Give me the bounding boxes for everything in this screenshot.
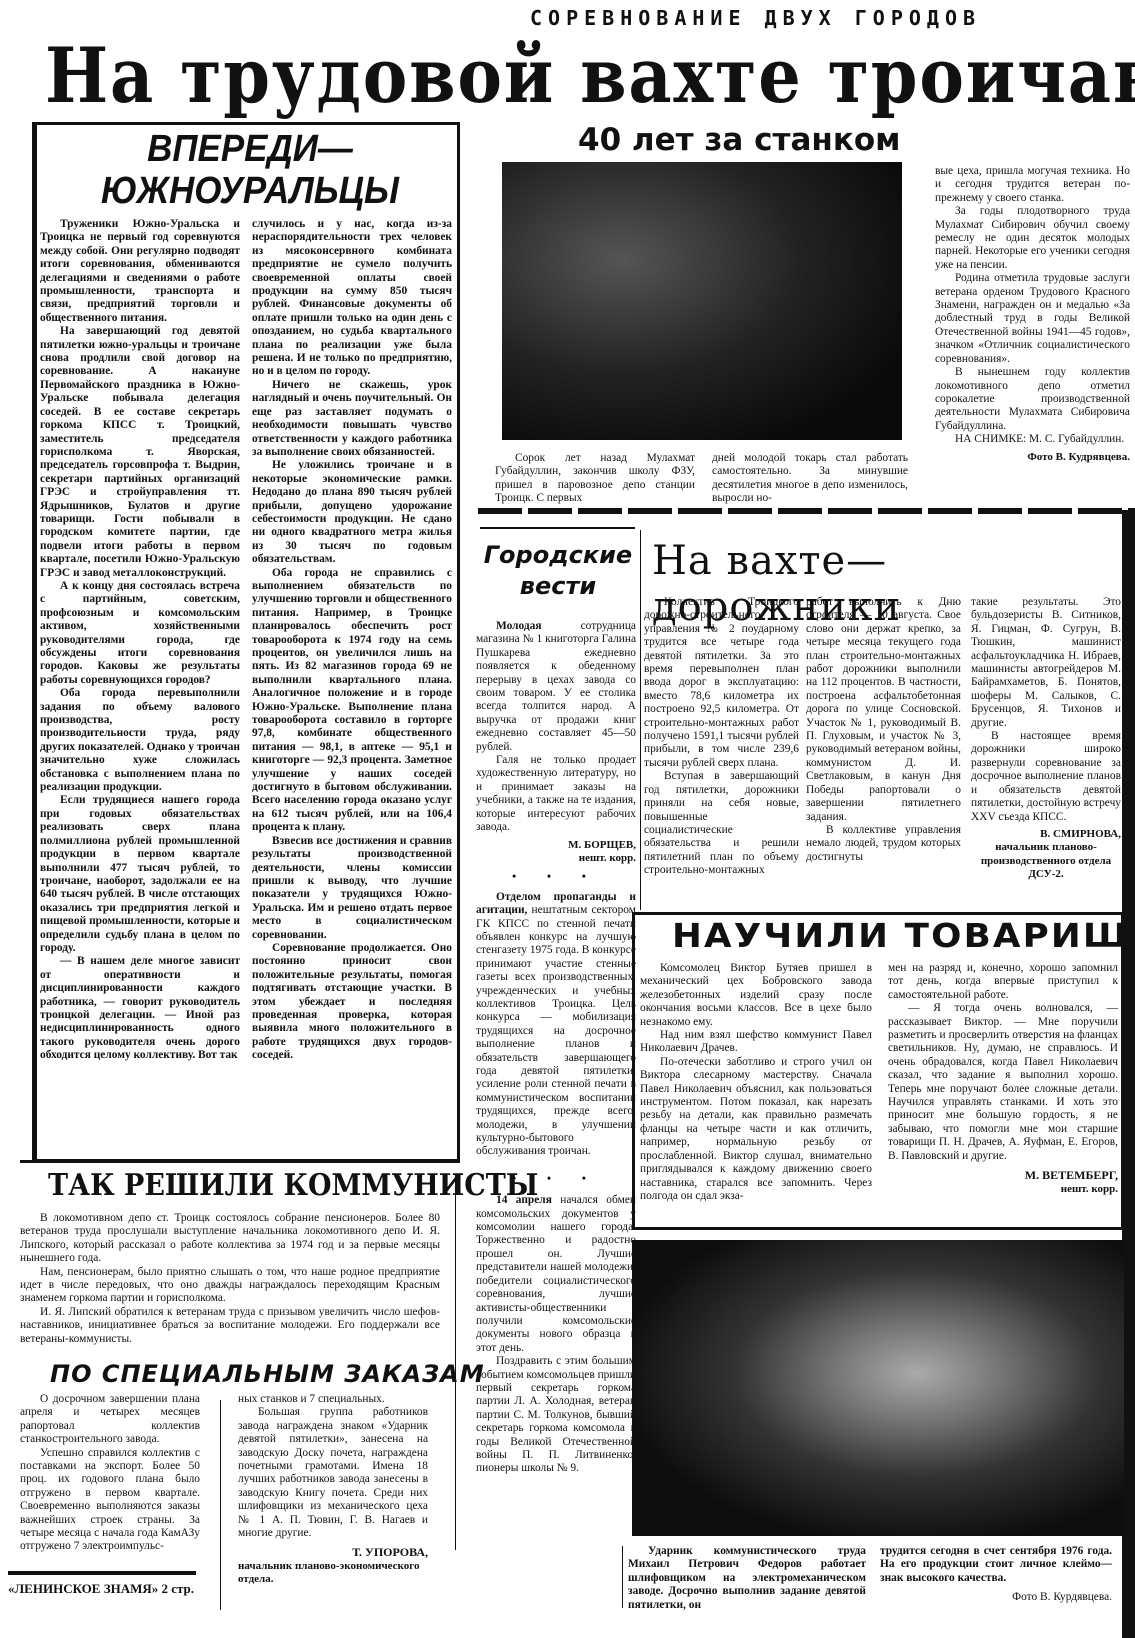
photo-note: НА СНИМКЕ: М. С. Губайдуллин.: [935, 433, 1130, 446]
article-po-spec-col1: О досрочном завершении плана апреля и че…: [20, 1393, 200, 1554]
paragraph: Поздравить с этим большим событием комсо…: [476, 1355, 636, 1476]
paragraph: Вступая в завершающий год пятилетки, дор…: [644, 770, 799, 877]
paragraph: — В нашем деле многое зависит от операти…: [40, 955, 240, 1062]
article-40let-side: вые цеха, пришла могучая техника. Но и с…: [935, 165, 1130, 464]
article-vperedi-title: ВПЕРЕДИ— ЮЖНОУРАЛЬЦЫ: [75, 128, 425, 212]
article-nauchili-title: НАУЧИЛИ ТОВАРИЩИ: [672, 916, 1135, 955]
news-item-3: 14 апреля начался обмен комсомольских до…: [476, 1194, 636, 1355]
photo-caption-col1: Сорок лет назад Мулахмат Губайдуллин, за…: [495, 452, 695, 506]
caption-text: Ударник коммунистического труда Михаил П…: [628, 1545, 866, 1612]
article-po-spec-col2: ных станков и 7 специальных. Большая гру…: [238, 1393, 428, 1587]
paragraph: Комсомолец Виктор Бутяев пришел в механи…: [640, 962, 872, 1029]
paragraph: Оба города перевыполнили задания по объе…: [40, 687, 240, 794]
author-role: начальник планово-производственного отде…: [971, 841, 1121, 881]
column-rule: [640, 530, 641, 910]
lead-word: Молодая: [496, 620, 542, 632]
paragraph: Оба города не справились с выполнением о…: [252, 567, 452, 835]
section-kicker: СОРЕВНОВАНИЕ ДВУХ ГОРОДОВ: [530, 6, 981, 30]
article-tak-reshili-title: ТАК РЕШИЛИ КОММУНИСТЫ: [48, 1168, 538, 1203]
title-line-2: вести: [478, 571, 638, 602]
caption-text: Сорок лет назад Мулахмат Губайдуллин, за…: [495, 452, 695, 506]
page-headline: На трудовой вахте троичане: [45, 38, 995, 114]
paragraph: — Я тогда очень волновался, — рассказыва…: [888, 1002, 1118, 1163]
news-item-2: Отделом пропаганды и агитации, нештатным…: [476, 891, 636, 1159]
title-line-2: ЮЖНОУРАЛЬЦЫ: [75, 170, 425, 212]
author-name: Т. УПОРОВА,: [238, 1546, 428, 1559]
paragraph: О досрочном завершении плана апреля и че…: [20, 1393, 200, 1447]
paragraph: В коллективе управления немало людей, тр…: [806, 824, 961, 864]
news-text: сотрудница магазина № 1 книготорга Галин…: [476, 620, 636, 753]
paragraph: А к концу дня состоялась встреча с парти…: [40, 580, 240, 687]
paragraph: В настоящее время дорожники широко разве…: [971, 730, 1121, 824]
paragraph: Труженики Южно-Уральска и Троицка не пер…: [40, 218, 240, 325]
photo-fedorov-caption-col1: Ударник коммунистического труда Михаил П…: [628, 1545, 866, 1612]
footer-rule: [8, 1571, 196, 1575]
page-label: «ЛЕНИНСКОЕ ЗНАМЯ» 2 стр.: [8, 1581, 194, 1597]
paragraph: Коллектив Троицкого дорожно-строительног…: [644, 596, 799, 770]
photo-caption-col2: дней молодой токарь стал работать самост…: [712, 452, 908, 506]
paragraph: ных станков и 7 специальных.: [238, 1393, 428, 1406]
author-role: нешт. корр.: [476, 852, 636, 865]
paragraph: По-отечески заботливо и строго учил он В…: [640, 1056, 872, 1203]
title-line-1: ВПЕРЕДИ—: [75, 128, 425, 170]
section-divider: [20, 1160, 460, 1163]
author-role: начальник планово-экономического отдела.: [238, 1560, 428, 1587]
paragraph: Соревнование продолжается. Оно постоянно…: [252, 942, 452, 1063]
caption-text: дней молодой токарь стал работать самост…: [712, 452, 908, 506]
photo-fedorov-caption-col2: трудится сегодня в счет сентября 1976 го…: [880, 1545, 1112, 1605]
news-text: нештатным сектором ГК КПСС по стенной пе…: [476, 904, 636, 1157]
author-role: нешт. корр.: [888, 1183, 1118, 1196]
article-40let-title: 40 лет за станком: [578, 122, 901, 158]
article-dorozhniki-col2: работ выполнить к Дню строителя — 10 авг…: [806, 596, 961, 864]
paragraph: работ выполнить к Дню строителя — 10 авг…: [806, 596, 961, 824]
caption-text: трудится сегодня в счет сентября 1976 го…: [880, 1545, 1112, 1585]
paragraph: Родина отметила трудовые заслуги ветеран…: [935, 272, 1130, 366]
paragraph: Взвесив все достижения и сравнив результ…: [252, 835, 452, 942]
paragraph: Если трудящиеся нашего города при годовы…: [40, 794, 240, 955]
paragraph: Успешно справился коллектив с поставками…: [20, 1447, 200, 1554]
photo-gubaydullin: [502, 162, 902, 440]
paragraph: вые цеха, пришла могучая техника. Но и с…: [935, 165, 1130, 205]
paragraph: За годы плодотворного труда Мулахмат Сиб…: [935, 205, 1130, 272]
paragraph: И. Я. Липский обратился к ветеранам труд…: [20, 1306, 440, 1346]
author-name: М. БОРЩЕВ,: [476, 839, 636, 852]
paragraph: Большая группа работников завода награжд…: [238, 1406, 428, 1540]
paragraph: Ничего не скажешь, урок наглядный и очен…: [252, 379, 452, 459]
article-vperedi-col1: Труженики Южно-Уральска и Троицка не пер…: [40, 218, 240, 1063]
paragraph: В нынешнем году коллектив локомотивного …: [935, 366, 1130, 433]
paragraph: такие результаты. Это бульдозеристы В. С…: [971, 596, 1121, 730]
article-vperedi-col2: случилось и у нас, когда из-за нераспоря…: [252, 218, 452, 1063]
news-text: начался обмен комсомольских документов у…: [476, 1194, 636, 1353]
photo-fedorov: [632, 1240, 1124, 1536]
article-tak-reshili-body: В локомотивном депо ст. Троицк состоялос…: [20, 1212, 440, 1346]
column-rule: [622, 1546, 623, 1608]
gorodskie-vesti-column: Молодая сотрудница магазина № 1 книготор…: [476, 620, 636, 1476]
separator: • • •: [476, 871, 636, 884]
title-line-1: Городские: [478, 540, 638, 571]
article-nauchili-col2: мен на разряд и, конечно, хорошо запомни…: [888, 962, 1118, 1196]
paragraph: Галя не только продает художественную ли…: [476, 754, 636, 834]
article-po-spec-title: ПО СПЕЦИАЛЬНЫМ ЗАКАЗАМ: [50, 1360, 485, 1388]
paragraph: На завершающий год девятой пятилетки южн…: [40, 325, 240, 580]
author-name: М. ВЕТЕМБЕРГ,: [888, 1169, 1118, 1182]
gorodskie-vesti-title: Городские вести: [478, 540, 638, 602]
section-divider: [478, 508, 1135, 514]
paragraph: случилось и у нас, когда из-за нераспоря…: [252, 218, 452, 379]
paragraph: Не уложились троичане и в некоторые экон…: [252, 459, 452, 566]
photo-credit: Фото В. Курдявцева.: [880, 1591, 1112, 1604]
column-rule: [480, 527, 635, 529]
author-name: В. СМИРНОВА,: [971, 828, 1121, 841]
paragraph: мен на разряд и, конечно, хорошо запомни…: [888, 962, 1118, 1002]
article-dorozhniki-col1: Коллектив Троицкого дорожно-строительног…: [644, 596, 799, 878]
paragraph: В локомотивном депо ст. Троицк состоялос…: [20, 1212, 440, 1266]
column-rule: [220, 1400, 221, 1610]
paragraph: Над ним взял шефство коммунист Павел Ник…: [640, 1029, 872, 1056]
photo-credit: Фото В. Кудрявцева.: [935, 451, 1130, 464]
paragraph: Нам, пенсионерам, было приятно слышать о…: [20, 1266, 440, 1306]
news-item-1: Молодая сотрудница магазина № 1 книготор…: [476, 620, 636, 754]
article-nauchili-col1: Комсомолец Виктор Бутяев пришел в механи…: [640, 962, 872, 1203]
article-dorozhniki-col3: такие результаты. Это бульдозеристы В. С…: [971, 596, 1121, 882]
